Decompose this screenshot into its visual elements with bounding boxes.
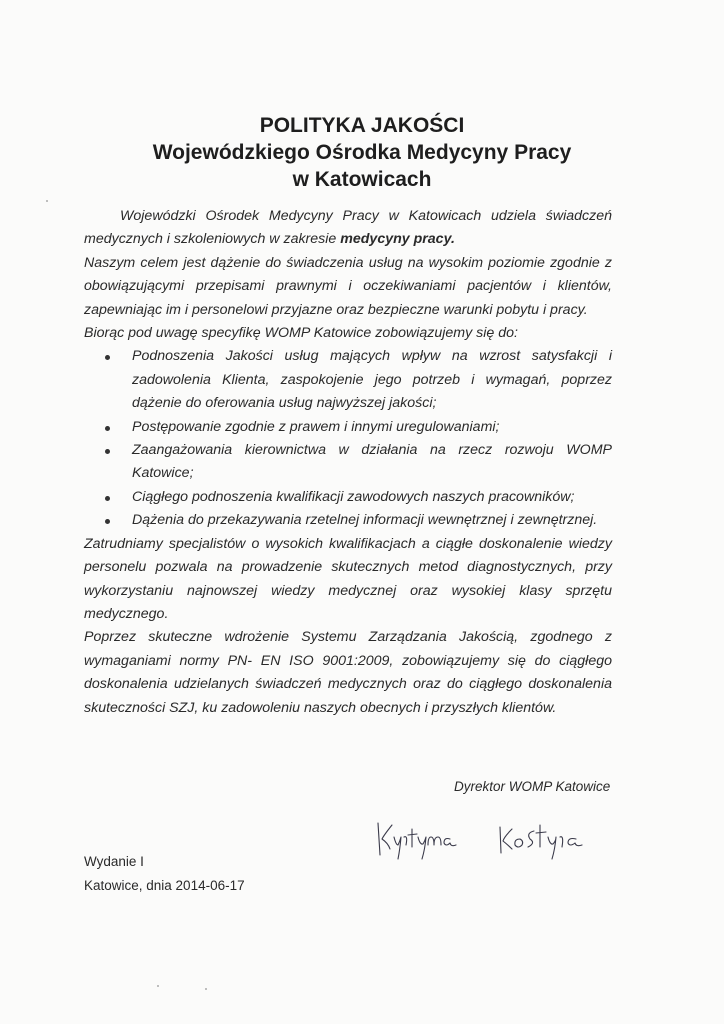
bullet-icon	[105, 449, 110, 454]
scan-speck	[46, 200, 48, 202]
document-page: POLITYKA JAKOŚCI Wojewódzkiego Ośrodka M…	[0, 0, 724, 1024]
goal-paragraph: Naszym celem jest dążenie do świadczenia…	[84, 252, 612, 322]
handwritten-signature: Krystyna Kostyra	[370, 815, 630, 865]
intro-bold: medycyny pracy.	[340, 231, 455, 247]
commitment-lead: Biorąc pod uwagę specyfikę WOMP Katowice…	[84, 322, 612, 345]
document-body: Wojewódzki Ośrodek Medycyny Pracy w Kato…	[84, 205, 612, 720]
document-title: POLITYKA JAKOŚCI Wojewódzkiego Ośrodka M…	[0, 112, 724, 193]
scan-speck	[157, 985, 159, 987]
bullet-icon	[105, 496, 110, 501]
bullet-icon	[105, 426, 110, 431]
commitments-list: Podnoszenia Jakości usług mających wpływ…	[84, 345, 612, 532]
title-line-1: POLITYKA JAKOŚCI	[0, 112, 724, 139]
commitment-item: Ciągłego podnoszenia kwalifikacji zawodo…	[84, 486, 612, 509]
staff-paragraph: Zatrudniamy specjalistów o wysokich kwal…	[84, 533, 612, 627]
commitment-item: Postępowanie zgodnie z prawem i innymi u…	[84, 416, 612, 439]
bullet-icon	[105, 355, 110, 360]
place-date: Katowice, dnia 2014-06-17	[84, 874, 245, 898]
signatory-title: Dyrektor WOMP Katowice	[454, 779, 610, 794]
commitment-item: Zaangażowania kierownictwa w działania n…	[84, 439, 612, 486]
title-line-2: Wojewódzkiego Ośrodka Medycyny Pracy	[0, 139, 724, 166]
title-line-3: w Katowicach	[0, 166, 724, 193]
intro-paragraph: Wojewódzki Ośrodek Medycyny Pracy w Kato…	[84, 205, 612, 252]
edition-label: Wydanie I	[84, 850, 245, 874]
scan-speck	[205, 988, 207, 990]
edition-block: Wydanie I Katowice, dnia 2014-06-17	[84, 850, 245, 898]
bullet-icon	[105, 519, 110, 524]
commitment-item: Dążenia do przekazywania rzetelnej infor…	[84, 509, 612, 532]
iso-paragraph: Poprzez skuteczne wdrożenie Systemu Zarz…	[84, 626, 612, 720]
commitment-item: Podnoszenia Jakości usług mających wpływ…	[84, 345, 612, 415]
